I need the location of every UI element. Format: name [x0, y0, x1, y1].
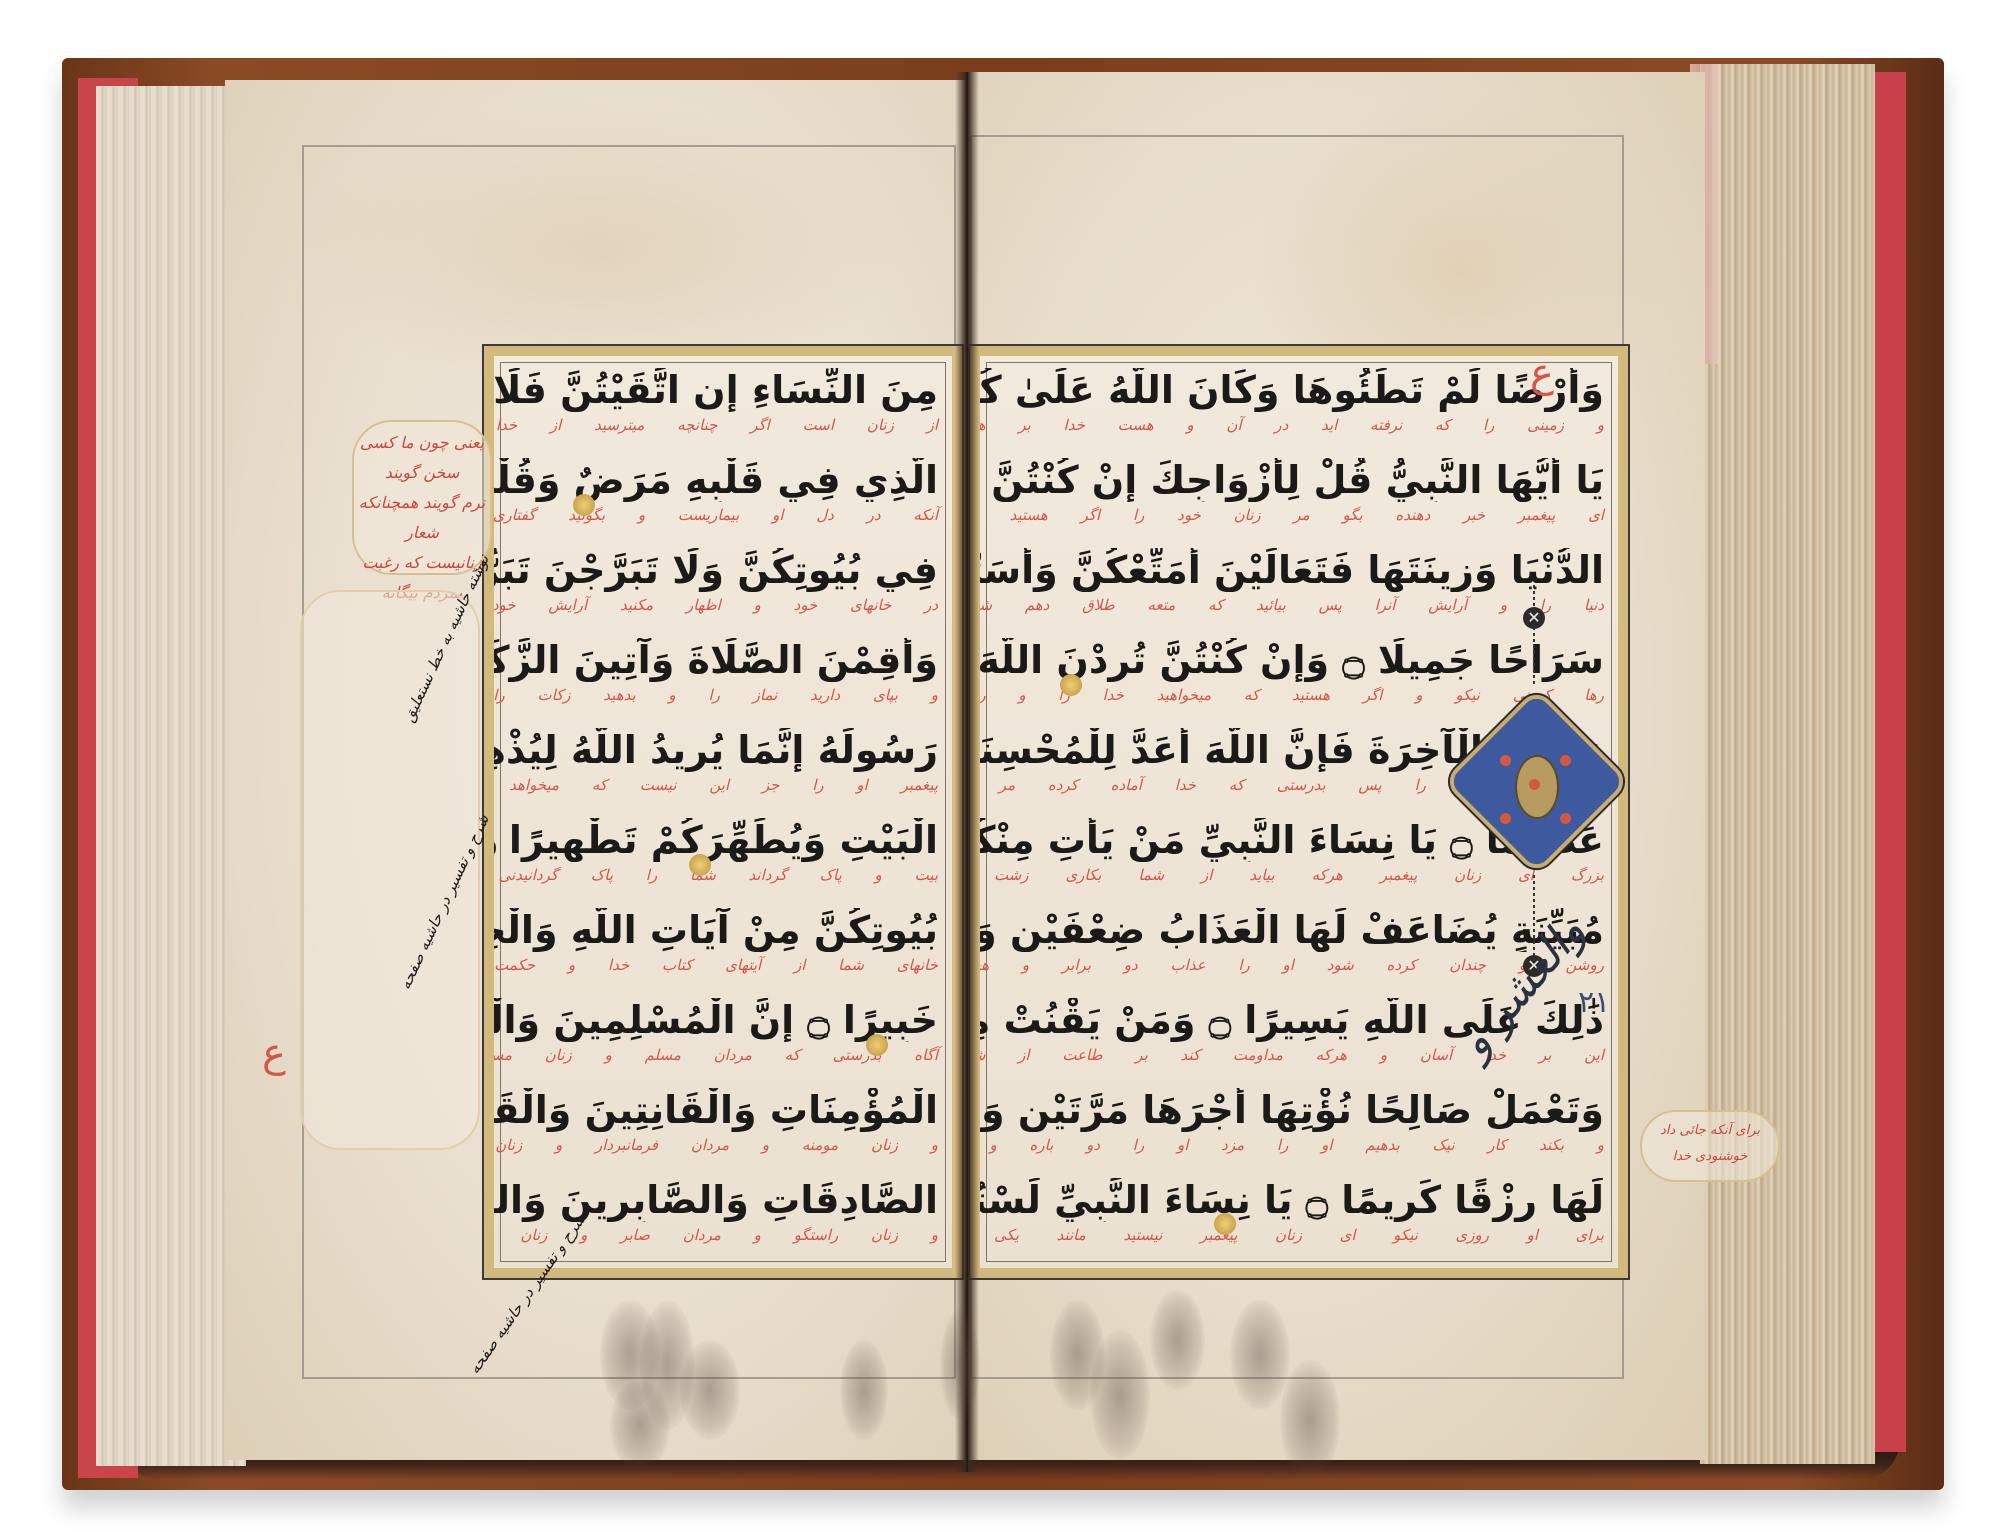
finger-smudge [1090, 1330, 1150, 1460]
marginal-number: ٢١ [1578, 985, 1610, 1020]
persian-gloss: از زنان است اگر چنانچه میترسید از خدا پس… [494, 416, 952, 434]
arabic-line: يَا أَيُّهَا النَّبِيُّ قُلْ لِأَزْوَاجِ… [980, 458, 1618, 502]
persian-gloss: و زنان مومنه و مردان فرمانبردار و زنان ف… [494, 1136, 952, 1154]
persian-gloss: و زمینی را که نرفته اید در آن و هست خدا … [980, 416, 1618, 434]
verse-rosette-icon [1060, 674, 1082, 696]
finger-smudge [680, 1340, 740, 1440]
finger-smudge [1280, 1360, 1340, 1480]
persian-gloss: در خانهای خود و اظهار مکنید آرایش خود را… [494, 596, 952, 614]
arabic-line: الْبَيْتِ وَيُطَهِّرَكُمْ تَطْهِيرًا ۝ و… [494, 818, 952, 862]
verse-rosette-icon [1214, 1213, 1236, 1235]
book-gutter [955, 72, 979, 1472]
persian-gloss: ای پیغمبر خبر دهنده بگو مر زنان خود را ا… [980, 506, 1618, 524]
persian-gloss: آنکه در دل او بیماریست و بگوئید گفتاری ن… [494, 506, 952, 524]
arabic-line: الَّذِي فِي قَلْبِهِ مَرَضٌ وَقُلْنَ قَو… [494, 458, 952, 502]
persian-gloss: خانهای شما از آیتهای کتاب خدا و حکمت بدر… [494, 956, 952, 974]
page-stack-left [96, 86, 246, 1466]
verse-rosette-icon [689, 854, 711, 876]
margin-note-line: خوشنودی خدا [1642, 1144, 1778, 1170]
finger-smudge [840, 1340, 888, 1440]
page-stack-right [1700, 64, 1875, 1464]
persian-gloss: دنیا را و آرایش آنرا پس بیائید که متعه ط… [980, 596, 1618, 614]
arabic-line: لَهَا رِزْقًا كَرِيمًا ۝ يَا نِسَاءَ الن… [980, 1178, 1618, 1222]
margin-note-line: نرم گویند همچنانکه شعار [354, 488, 490, 548]
arabic-line: بُيُوتِكُنَّ مِنْ آيَاتِ اللَّهِ وَالْحِ… [494, 908, 952, 952]
persian-gloss: و بپای دارید نماز را و بدهید زکات را و ف… [494, 686, 952, 704]
arabic-line: الْمُؤْمِنَاتِ وَالْقَانِتِينَ وَالْقَان… [494, 1088, 952, 1132]
section-marker-ain: ع [1530, 350, 1554, 396]
finger-smudge [610, 1380, 670, 1470]
arabic-line: رَسُولَهُ إِنَّمَا يُرِيدُ اللَّهُ لِيُذ… [494, 728, 952, 772]
finger-smudge [1150, 1290, 1205, 1390]
medallion-red-flower [1500, 755, 1511, 766]
text-block-left: مِنَ النِّسَاءِ إِنِ اتَّقَيْتُنَّ فَلَا… [484, 346, 962, 1278]
arabic-line: الدُّنْيَا وَزِينَتَهَا فَتَعَالَيْنَ أُ… [980, 548, 1618, 592]
arabic-line: مِنَ النِّسَاءِ إِنِ اتَّقَيْتُنَّ فَلَا… [494, 368, 952, 412]
persian-gloss: بیت و پاک گرداند شما را پاک گردانیدنی و … [494, 866, 952, 884]
arabic-line: فِي بُيُوتِكُنَّ وَلَا تَبَرَّجْنَ تَبَر… [494, 548, 952, 592]
finial-dotted-line [1533, 585, 1535, 685]
verse-rosette-icon [573, 494, 595, 516]
illuminated-medallion: ✕ ✕ [1445, 685, 1625, 885]
finger-smudge [1230, 1300, 1290, 1410]
roundel-ornament-icon: ✕ [1523, 607, 1545, 629]
red-doublure-right [1870, 72, 1906, 1452]
margin-note-line: یعنی چون ما کسی سخن گویند [354, 428, 490, 488]
persian-gloss: پیغمبر او را جز این نیست که میخواهد خدا … [494, 776, 952, 794]
section-marker-ain: ع [262, 1030, 286, 1076]
persian-gloss: برای او روزی نیکو ای زنان پیغمبر نیستید … [980, 1226, 1618, 1244]
marginal-cloud-note: برای آنکه جائی داد خوشنودی خدا [1640, 1110, 1780, 1182]
finger-smudge [940, 1310, 980, 1420]
medallion-red-flower [1500, 813, 1511, 824]
medallion-red-flower [1560, 813, 1571, 824]
medallion-red-flower [1529, 779, 1540, 790]
arabic-line: وَأَقِمْنَ الصَّلَاةَ وَآتِينَ الزَّكَاة… [494, 638, 952, 682]
arabic-line: وَأَرْضًا لَمْ تَطَئُوهَا وَكَانَ اللَّه… [980, 368, 1618, 412]
margin-note-line: برای آنکه جائی داد [1642, 1118, 1778, 1144]
verse-rosette-icon [866, 1034, 888, 1056]
medallion-red-flower [1560, 755, 1571, 766]
